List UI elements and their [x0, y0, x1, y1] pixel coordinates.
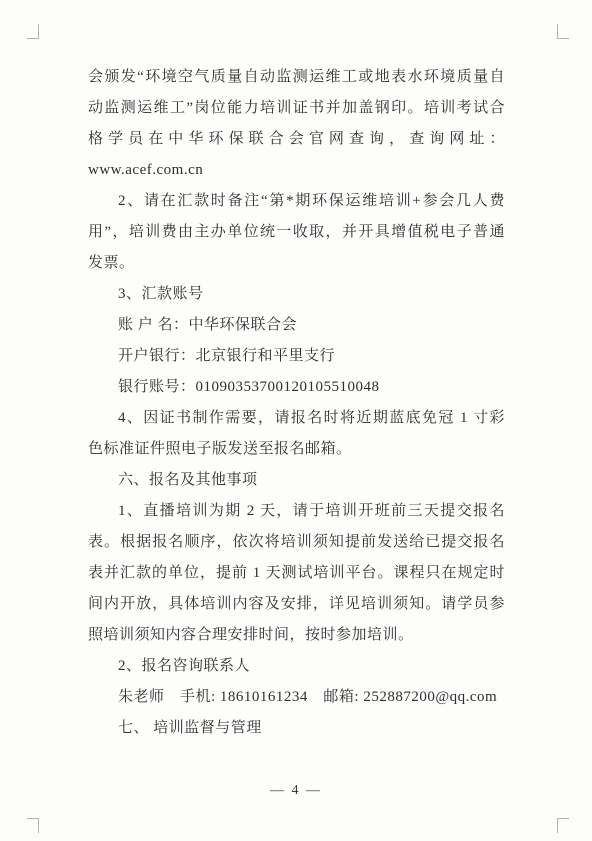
text-line: 七、 培训监督与管理: [88, 713, 505, 744]
text-line: 2、报名咨询联系人: [88, 651, 505, 682]
crop-mark-top-right: [557, 24, 569, 39]
text-line: 六、报名及其他事项: [88, 465, 505, 496]
text-line: 2、请在汇款时备注“第*期环保运维培训+参会几人费: [88, 186, 505, 217]
text-line: 会颁发“环境空气质量自动监测运维工或地表水环境质量自: [88, 62, 505, 93]
page-number: — 4 —: [270, 783, 322, 798]
page-footer: — 4 —: [0, 781, 592, 799]
text-line: 发票。: [88, 248, 505, 279]
document-lines: 会颁发“环境空气质量自动监测运维工或地表水环境质量自动监测运维工”岗位能力培训证…: [88, 62, 505, 744]
crop-mark-bottom-left: [27, 818, 39, 833]
text-line: 照培训须知内容合理安排时间，按时参加培训。: [88, 620, 505, 651]
text-line: 账 户 名：中华环保联合会: [88, 310, 505, 341]
text-line: 动监测运维工”岗位能力培训证书并加盖钢印。培训考试合: [88, 93, 505, 124]
text-line: 1、直播培训为期 2 天，请于培训开班前三天提交报名: [88, 496, 505, 527]
crop-mark-top-left: [27, 24, 39, 39]
text-line: 格学员在中华环保联合会官网查询，查询网址：: [88, 124, 505, 155]
crop-mark-bottom-right: [557, 818, 569, 833]
text-line: www.acef.com.cn: [88, 155, 505, 186]
text-line: 表并汇款的单位，提前 1 天测试培训平台。课程只在规定时: [88, 558, 505, 589]
text-line: 开户银行：北京银行和平里支行: [88, 341, 505, 372]
text-line: 用”，培训费由主办单位统一收取，并开具增值税电子普通: [88, 217, 505, 248]
document-page: 会颁发“环境空气质量自动监测运维工或地表水环境质量自动监测运维工”岗位能力培训证…: [0, 0, 592, 841]
text-line: 间内开放，具体培训内容及安排，详见培训须知。请学员参: [88, 589, 505, 620]
text-line: 表。根据报名顺序，依次将培训须知提前发送给已提交报名: [88, 527, 505, 558]
text-line: 色标准证件照电子版发送至报名邮箱。: [88, 434, 505, 465]
text-line: 朱老师 手机: 18610161234 邮箱: 252887200@qq.com: [88, 682, 505, 713]
text-line: 银行账号：01090353700120105510048: [88, 372, 505, 403]
text-line: 4、因证书制作需要，请报名时将近期蓝底免冠 1 寸彩: [88, 403, 505, 434]
text-line: 3、汇款账号: [88, 279, 505, 310]
